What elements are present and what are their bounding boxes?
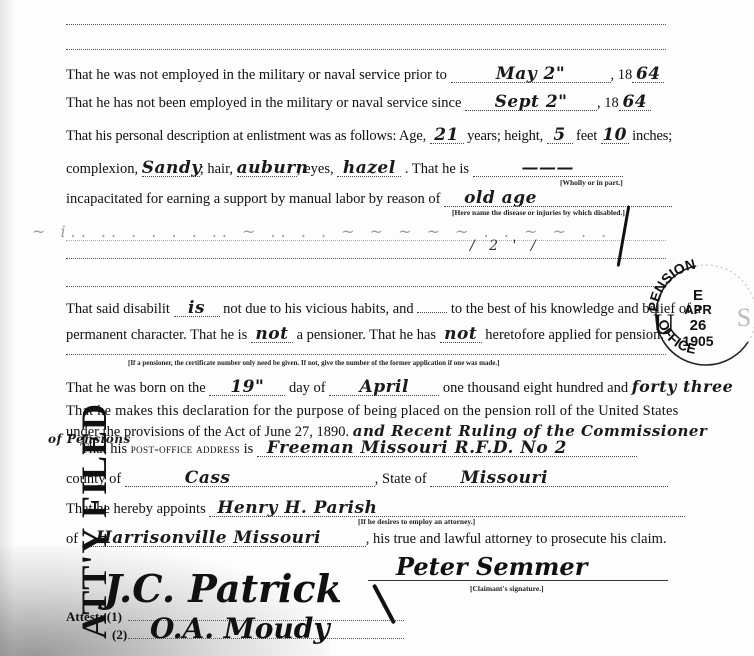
service-prior-line: That he was not employed in the military… [66, 66, 664, 84]
service-since-label: That he has not been employed in the mil… [66, 95, 461, 111]
eyes-label: ; eyes, [297, 161, 334, 177]
stamp-day: 26 [690, 317, 707, 334]
attorney-city-field: Harrisonville Missouri [82, 530, 366, 547]
attorney-hint: [If he desires to employ an attorney.] [358, 517, 475, 526]
atty-filed-stamp: ATT'Y FILED [73, 391, 115, 651]
day-of-label: day of [289, 380, 326, 396]
disability-is-field: is [174, 300, 220, 317]
hair-field: auburn [237, 160, 297, 177]
applied-field: not [440, 326, 482, 343]
service-prior-year: 64 [632, 66, 664, 83]
stamp-side-right: S [737, 303, 751, 332]
incapacity-line: incapacitated for earning a support by m… [66, 190, 672, 208]
stamp-month: APR [684, 302, 712, 317]
state-field: Missouri [430, 470, 668, 487]
stamp-side-left: U [653, 308, 675, 341]
county-line: county of Cass, State of Missouri [66, 470, 668, 488]
witness-2-signature: O.A. Moudy [150, 612, 330, 645]
pension-hint: [If a pensioner, the certificate number … [128, 359, 500, 367]
incapacity-hint: [Here name the disease or injuries by wh… [452, 208, 625, 217]
service-since-line: That he has not been employed in the mil… [66, 94, 651, 112]
applied-label: heretofore applied for pension. [485, 327, 664, 343]
birth-month-field: April [329, 379, 439, 396]
service-since-year: 64 [619, 94, 651, 111]
wholly-hint: [Wholly or in part.] [560, 178, 623, 187]
attorney-of-line: of Harrisonville Missouri, his true and … [66, 530, 667, 548]
disability-line: That said disabilit is not due to his vi… [66, 300, 701, 318]
complexion-field: Sandy [142, 160, 200, 177]
pension-office-stamp: PENSION OFFICE E APR 26 1905 U S [640, 250, 754, 370]
pensioner-line: permanent character. That he is not a pe… [66, 326, 664, 344]
years-label: years; height, [467, 128, 543, 144]
blank-rule [66, 286, 666, 287]
witness-1-signature: J.C. Patrick [104, 566, 342, 611]
attorney-name-field: Henry H. Parish [209, 500, 685, 517]
complexion-label: complexion, [66, 161, 138, 177]
inches-label: inches; [632, 128, 672, 144]
address-field: Freeman Missouri R.F.D. No 2 [257, 440, 637, 457]
stamp-year: 1905 [682, 333, 713, 349]
blank-rule [66, 49, 666, 50]
permanent-label: permanent character. That he is [66, 327, 247, 343]
county-field: Cass [125, 470, 375, 487]
purpose-line-1: That he makes this declaration for the p… [66, 402, 679, 420]
claimant-signature: Peter Semmer [396, 552, 587, 581]
that-he-is-label: . That he is [405, 161, 469, 177]
incapacity-label: incapacitated for earning a support by m… [66, 191, 440, 207]
state-label: , State of [375, 471, 427, 487]
blank-rule [66, 24, 666, 25]
height-feet-field: 5 [547, 127, 573, 144]
disability-label: That said disabilit [66, 301, 170, 317]
year-prefix: , 18 [597, 95, 619, 111]
blank-rule [66, 258, 666, 259]
appearance-line: complexion, Sandy; hair, auburn; eyes, h… [66, 160, 623, 178]
faint-handwriting: / 2 ' / [470, 238, 541, 254]
hair-label: ; hair, [200, 161, 233, 177]
incapacity-reason-field: old age [444, 190, 672, 207]
pension-declaration-page: That he was not employed in the military… [0, 0, 754, 656]
blank-rule [66, 240, 666, 241]
year-prefix: , 18 [611, 67, 633, 83]
description-label: That his personal description at enlistm… [66, 128, 426, 144]
address-line: That his post-office address is Freeman … [80, 440, 637, 458]
description-line: That his personal description at enlistm… [66, 127, 672, 145]
birth-year-label: one thousand eight hundred and [443, 380, 628, 396]
wholly-field: ——— [473, 160, 623, 177]
birth-line: That he was born on the 19" day of April… [66, 378, 733, 397]
vicious-habits-label: not due to his vicious habits, and [223, 301, 414, 317]
birth-year-field: forty three [632, 377, 734, 396]
attorney-role-label: , his true and lawful attorney to prosec… [366, 531, 667, 547]
claimant-hint: [Claimant's signature.] [470, 584, 544, 593]
pen-stroke [372, 584, 396, 625]
feet-label: feet [576, 128, 597, 144]
pensioner-field: not [251, 326, 293, 343]
blank-rule [66, 354, 666, 355]
service-prior-date: May 2" [451, 66, 611, 83]
blank-fill [417, 312, 447, 313]
address-label-caps: post-office address [131, 441, 240, 456]
age-field: 21 [430, 127, 464, 144]
height-inches-field: 10 [601, 127, 629, 144]
attorney-line: That he hereby appoints Henry H. Parish [66, 500, 685, 518]
eyes-field: hazel [337, 160, 401, 177]
birth-day-field: 19" [209, 379, 285, 396]
service-since-date: Sept 2" [465, 94, 597, 111]
service-prior-label: That he was not employed in the military… [66, 67, 447, 83]
pensioner-label: a pensioner. That he has [297, 327, 436, 343]
address-label-b: is [244, 441, 254, 457]
